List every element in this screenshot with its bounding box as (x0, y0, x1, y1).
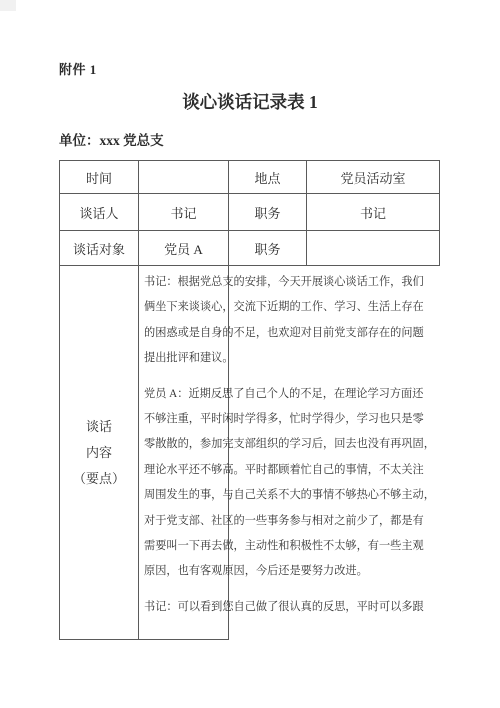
content-row-label: 谈话 内容 （要点） (60, 266, 139, 640)
table-row-content: 谈话 内容 （要点） 书记：根据党总支的安排，今天开展谈心谈话工作，我们 俩坐下… (60, 266, 440, 640)
content-label-line: 谈话 (60, 414, 138, 440)
content-line: 提出批评和建议。 (144, 346, 225, 371)
content-line: 需要叫一下再去做，主动性和积极性不太够，有一些主观 (144, 534, 225, 559)
content-line: 零散散的，参加完支部组织的学习后，回去也没有再巩固， (144, 432, 225, 457)
content-line: 对于党支部、社区的一些事务参与相对之前少了，都是有 (144, 509, 225, 534)
content-line: 俩坐下来谈谈心，交流下近期的工作、学习、生活上存在 (144, 295, 225, 320)
table-row-interviewee: 谈话对象 党员 A 职务 (60, 231, 440, 266)
cell-interviewer-label: 谈话人 (60, 194, 139, 231)
table-row-time: 时间 地点 党员活动室 (60, 161, 440, 194)
content-line: 不够注重，平时闲时学得多，忙时学得少，学习也只是零 (144, 407, 225, 432)
content-line: 书记：可以看到您自己做了很认真的反思，平时可以多跟 (144, 595, 225, 620)
cell-location-value: 党员活动室 (307, 161, 440, 194)
page-title: 谈心谈话记录表 1 (0, 89, 500, 114)
cell-position-label: 职务 (229, 194, 307, 231)
content-label-line: 内容 (60, 440, 138, 466)
paragraph-member-a: 党员 A：近期反思了自己个人的不足，在理论学习方面还 不够注重，平时闲时学得多，… (144, 382, 225, 585)
cell-time-value (139, 161, 229, 194)
document-page: 附件 1 谈心谈话记录表 1 单位：xxx 党总支 时间 地点 党员活动室 谈话… (0, 0, 500, 708)
unit-line: 单位：xxx 党总支 (59, 129, 164, 149)
cell-time-label: 时间 (60, 161, 139, 194)
table-row-interviewer: 谈话人 书记 职务 书记 (60, 194, 440, 231)
scan-artifact (0, 0, 16, 11)
content-line: 的困惑或是自身的不足，也欢迎对目前党支部存在的问题 (144, 321, 225, 346)
attachment-label: 附件 1 (59, 59, 97, 78)
cell-interviewee-value: 党员 A (139, 231, 229, 266)
content-line: 原因，也有客观原因，今后还是要努力改进。 (144, 559, 225, 584)
paragraph-secretary-2: 书记：可以看到您自己做了很认真的反思，平时可以多跟 (144, 595, 225, 620)
content-label-line: （要点） (60, 466, 138, 492)
content-line: 周围发生的事，与自己关系不大的事情不够热心不够主动， (144, 483, 225, 508)
content-line: 书记：根据党总支的安排，今天开展谈心谈话工作，我们 (144, 270, 225, 295)
cell-position2-value (307, 231, 440, 266)
content-line: 理论水平还不够高。平时都顾着忙自己的事情，不太关注 (144, 458, 225, 483)
cell-position2-label: 职务 (229, 231, 307, 266)
content-cell: 书记：根据党总支的安排，今天开展谈心谈话工作，我们 俩坐下来谈谈心，交流下近期的… (139, 266, 229, 640)
cell-interviewee-label: 谈话对象 (60, 231, 139, 266)
cell-location-label: 地点 (229, 161, 307, 194)
record-table: 时间 地点 党员活动室 谈话人 书记 职务 书记 谈话对象 党员 A 职务 谈话 (59, 160, 440, 640)
cell-position-value: 书记 (307, 194, 440, 231)
content-line: 党员 A：近期反思了自己个人的不足，在理论学习方面还 (144, 382, 225, 407)
paragraph-secretary-1: 书记：根据党总支的安排，今天开展谈心谈话工作，我们 俩坐下来谈谈心，交流下近期的… (144, 270, 225, 372)
cell-interviewer-value: 书记 (139, 194, 229, 231)
